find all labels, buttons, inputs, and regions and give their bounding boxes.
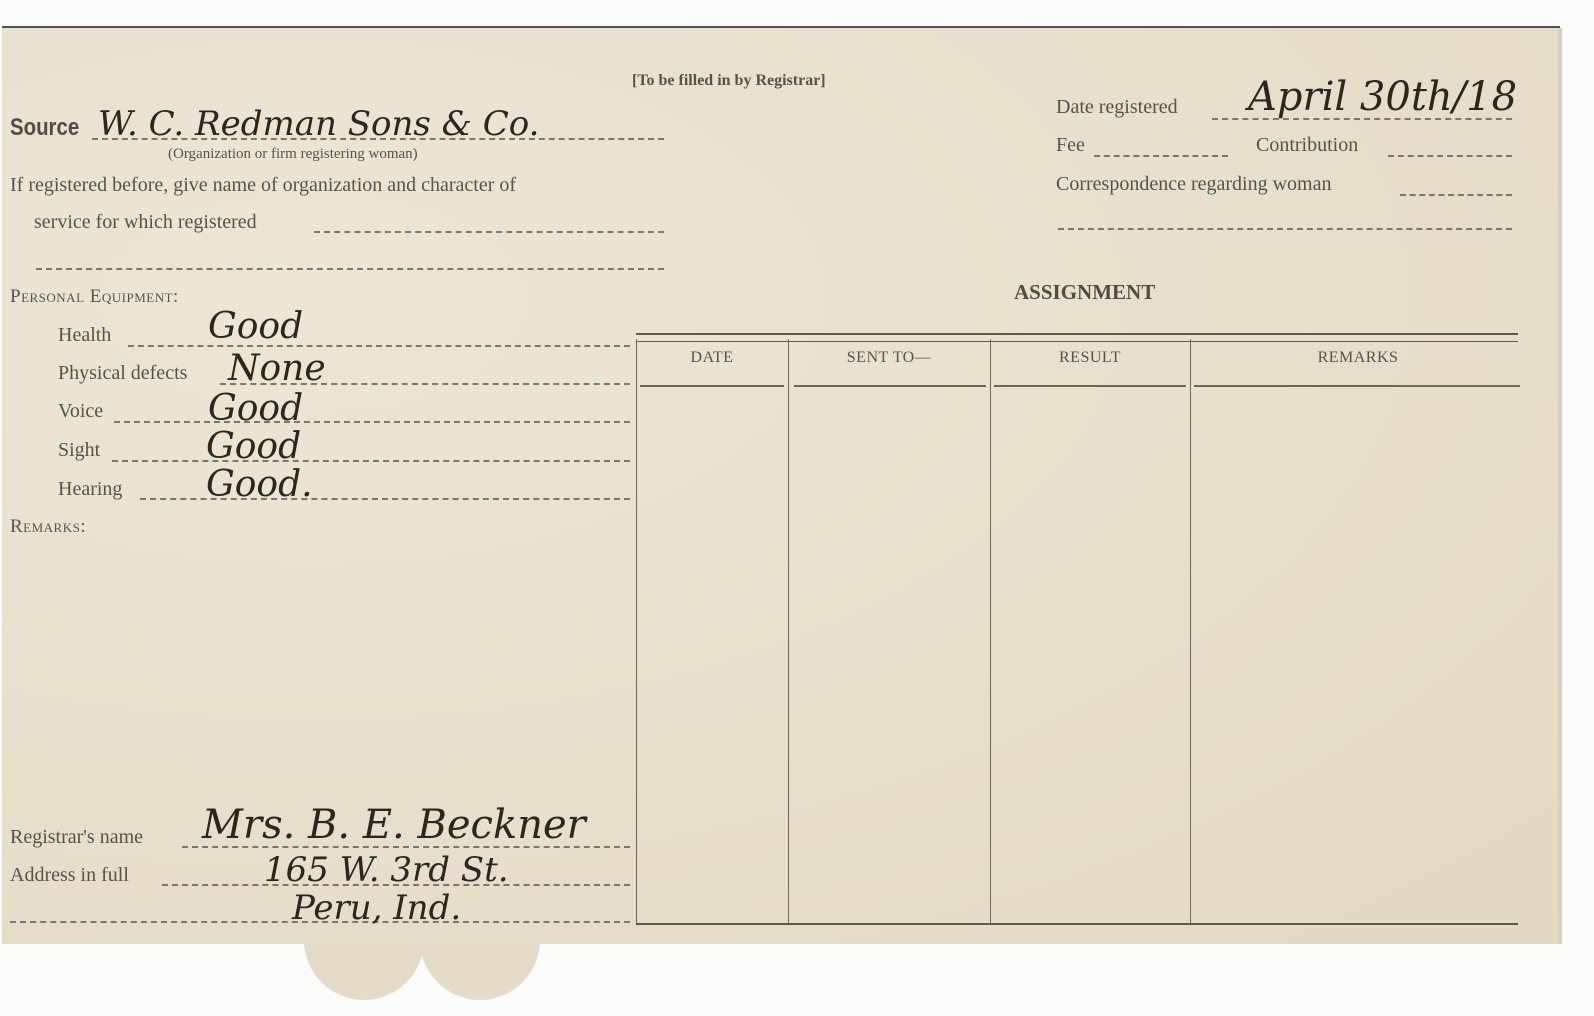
column-header-remarks: REMARKS <box>1190 349 1526 367</box>
registration-card: [To be filled in by Registrar] Source W.… <box>2 26 1560 944</box>
card-tab-right <box>420 938 540 1000</box>
registrar-note: [To be filled in by Registrar] <box>632 72 826 90</box>
date-registered-label: Date registered <box>1056 96 1178 119</box>
registrar-name-label: Registrar's name <box>10 826 143 849</box>
column-divider <box>990 339 991 925</box>
address-value-1[interactable]: 165 W. 3rd St. <box>264 850 509 890</box>
sight-value[interactable]: Good <box>206 426 301 467</box>
sight-label: Sight <box>58 439 100 462</box>
voice-line <box>114 421 630 423</box>
card-edge <box>1558 28 1562 944</box>
header-rule <box>1194 385 1520 387</box>
table-bottom-rule <box>636 923 1518 925</box>
card-tab-left <box>304 938 424 1000</box>
physical-defects-label: Physical defects <box>58 362 187 385</box>
fee-label: Fee <box>1056 134 1085 157</box>
column-header-sent-to: SENT TO— <box>788 349 990 367</box>
assignment-title: ASSIGNMENT <box>1014 280 1155 305</box>
address-label: Address in full <box>10 864 129 887</box>
correspondence-line-1[interactable] <box>1400 194 1512 196</box>
address-value-2[interactable]: Peru, Ind. <box>292 888 461 928</box>
assignment-table: DATE SENT TO— RESULT REMARKS <box>636 333 1518 925</box>
fee-line[interactable] <box>1094 155 1228 157</box>
hearing-value[interactable]: Good. <box>206 464 313 505</box>
health-value[interactable]: Good <box>208 306 303 347</box>
contribution-line[interactable] <box>1388 155 1512 157</box>
column-header-result: RESULT <box>990 349 1190 367</box>
previous-registration-label-2: service for which registered <box>34 211 257 234</box>
physical-defects-value[interactable]: None <box>228 348 326 389</box>
header-rule <box>794 385 986 387</box>
voice-label: Voice <box>58 400 103 423</box>
health-label: Health <box>58 324 111 347</box>
source-caption: (Organization or firm registering woman) <box>168 146 418 163</box>
table-left-border <box>636 339 637 925</box>
health-line <box>128 345 630 347</box>
registrar-name-value[interactable]: Mrs. B. E. Beckner <box>202 802 586 848</box>
header-rule <box>994 385 1186 387</box>
column-divider <box>788 339 789 925</box>
sight-line <box>112 460 630 462</box>
column-header-date: DATE <box>636 349 788 367</box>
correspondence-label: Correspondence regarding woman <box>1056 173 1331 196</box>
previous-registration-line-1[interactable] <box>314 231 664 233</box>
hearing-label: Hearing <box>58 478 122 501</box>
correspondence-line-2[interactable] <box>1058 228 1512 230</box>
previous-registration-line-2[interactable] <box>36 268 664 270</box>
contribution-label: Contribution <box>1256 134 1358 157</box>
source-label: Source <box>10 114 79 142</box>
previous-registration-label-1: If registered before, give name of organ… <box>10 174 516 197</box>
voice-value[interactable]: Good <box>208 388 303 429</box>
header-rule <box>640 385 784 387</box>
source-value[interactable]: W. C. Redman Sons & Co. <box>98 104 539 144</box>
remarks-label: Remarks: <box>10 516 86 538</box>
table-top-rule <box>636 333 1518 342</box>
column-divider <box>1190 339 1191 925</box>
personal-equipment-heading: Personal Equipment: <box>10 286 179 308</box>
date-registered-value[interactable]: April 30th/18 <box>1248 74 1517 120</box>
